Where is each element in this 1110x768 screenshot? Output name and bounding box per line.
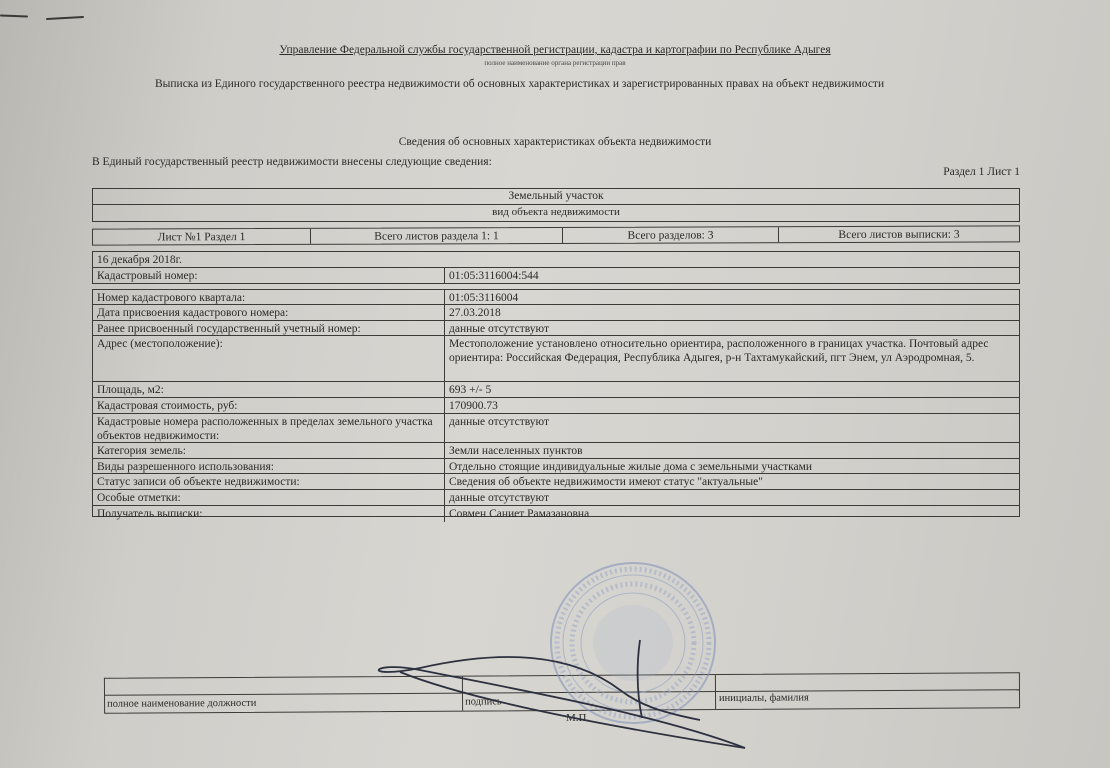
cadastral-number-row: Кадастровый номер: 01:05:3116004:544	[93, 268, 1019, 284]
signature-caption: подпись	[465, 696, 502, 707]
table-row: Площадь, м2:693 +/- 5	[93, 382, 1019, 398]
intro-text: В Единый государственный реестр недвижим…	[92, 156, 492, 168]
object-type-caption-row: вид объекта недвижимости	[93, 205, 1019, 221]
sheets-total: Всего листов выписки: 3	[779, 226, 1019, 242]
field-label: Получатель выписки:	[93, 506, 445, 522]
sheets-in-section: Всего листов раздела 1: 1	[311, 228, 563, 244]
field-value: данные отсутствуют	[445, 490, 1019, 505]
field-label: Кадастровые номера расположенных в преде…	[93, 414, 445, 442]
field-label: Особые отметки:	[93, 490, 445, 505]
field-value: 27.03.2018	[445, 305, 1019, 320]
characteristics-table: Номер кадастрового квартала:01:05:311600…	[92, 289, 1020, 517]
field-value: данные отсутствуют	[445, 414, 1019, 442]
table-row: Особые отметки:данные отсутствуют	[93, 490, 1019, 506]
field-value: Отдельно стоящие индивидуальные жилые до…	[445, 459, 1019, 473]
table-row: Статус записи об объекте недвижимости:Св…	[93, 474, 1019, 490]
field-value: Сведения об объекте недвижимости имеют с…	[445, 474, 1019, 489]
object-type-row: Земельный участок	[93, 189, 1019, 205]
cadastral-number-value: 01:05:3116004:544	[445, 268, 1019, 284]
field-label: Виды разрешенного использования:	[93, 459, 445, 473]
table-row: Номер кадастрового квартала:01:05:311600…	[93, 290, 1019, 305]
date-row: 16 декабря 2018г.	[93, 252, 1019, 268]
table-row: Адрес (местоположение):Местоположение ус…	[93, 336, 1019, 382]
org-caption: полное наименование органа регистрации п…	[0, 59, 1110, 67]
cadastral-box: 16 декабря 2018г. Кадастровый номер: 01:…	[92, 251, 1020, 284]
section-title: Сведения об основных характеристиках объ…	[0, 136, 1110, 148]
sheet-number: Лист №1 Раздел 1	[93, 229, 311, 245]
position-caption: полное наименование должности	[107, 698, 256, 710]
stamp-caption: М.П.	[566, 712, 589, 724]
sheet-info-box: Лист №1 Раздел 1 Всего листов раздела 1:…	[92, 225, 1020, 245]
field-value: Совмен Саниет Рамазановна	[445, 506, 1019, 522]
field-label: Категория земель:	[93, 443, 445, 458]
field-value: Земли населенных пунктов	[445, 443, 1019, 458]
field-label: Ранее присвоенный государственный учетны…	[93, 321, 445, 335]
sections-total: Всего разделов: 3	[563, 227, 779, 243]
name-caption: инициалы, фамилия	[719, 692, 809, 704]
field-value: 01:05:3116004	[445, 290, 1019, 304]
field-label: Статус записи об объекте недвижимости:	[93, 474, 445, 489]
signature-table: полное наименование должности подпись ин…	[104, 672, 1020, 714]
field-value: Местоположение установлено относительно …	[445, 336, 1019, 381]
table-row: Виды разрешенного использования:Отдельно…	[93, 459, 1019, 474]
field-label: Дата присвоения кадастрового номера:	[93, 305, 445, 320]
org-name: Управление Федеральной службы государств…	[0, 44, 1110, 56]
document-title: Выписка из Единого государственного реес…	[155, 78, 884, 90]
cadastral-number-label: Кадастровый номер:	[93, 268, 445, 284]
object-type-box: Земельный участок вид объекта недвижимос…	[92, 188, 1020, 222]
field-label: Площадь, м2:	[93, 382, 445, 397]
table-row: Кадастровая стоимость, руб:170900.73	[93, 398, 1019, 414]
table-row: Получатель выписки:Совмен Саниет Рамазан…	[93, 506, 1019, 522]
field-label: Номер кадастрового квартала:	[93, 290, 445, 304]
table-row: Категория земель:Земли населенных пункто…	[93, 443, 1019, 459]
field-value: 693 +/- 5	[445, 382, 1019, 397]
field-label: Кадастровая стоимость, руб:	[93, 398, 445, 413]
table-row: Дата присвоения кадастрового номера:27.0…	[93, 305, 1019, 321]
table-row: Кадастровые номера расположенных в преде…	[93, 414, 1019, 443]
page-reference: Раздел 1 Лист 1	[943, 166, 1020, 178]
field-value: 170900.73	[445, 398, 1019, 413]
table-row: Ранее присвоенный государственный учетны…	[93, 321, 1019, 336]
field-value: данные отсутствуют	[445, 321, 1019, 335]
object-type-caption: вид объекта недвижимости	[492, 206, 620, 218]
object-type: Земельный участок	[508, 190, 603, 202]
field-label: Адрес (местоположение):	[93, 336, 445, 381]
extract-date: 16 декабря 2018г.	[93, 252, 1019, 267]
